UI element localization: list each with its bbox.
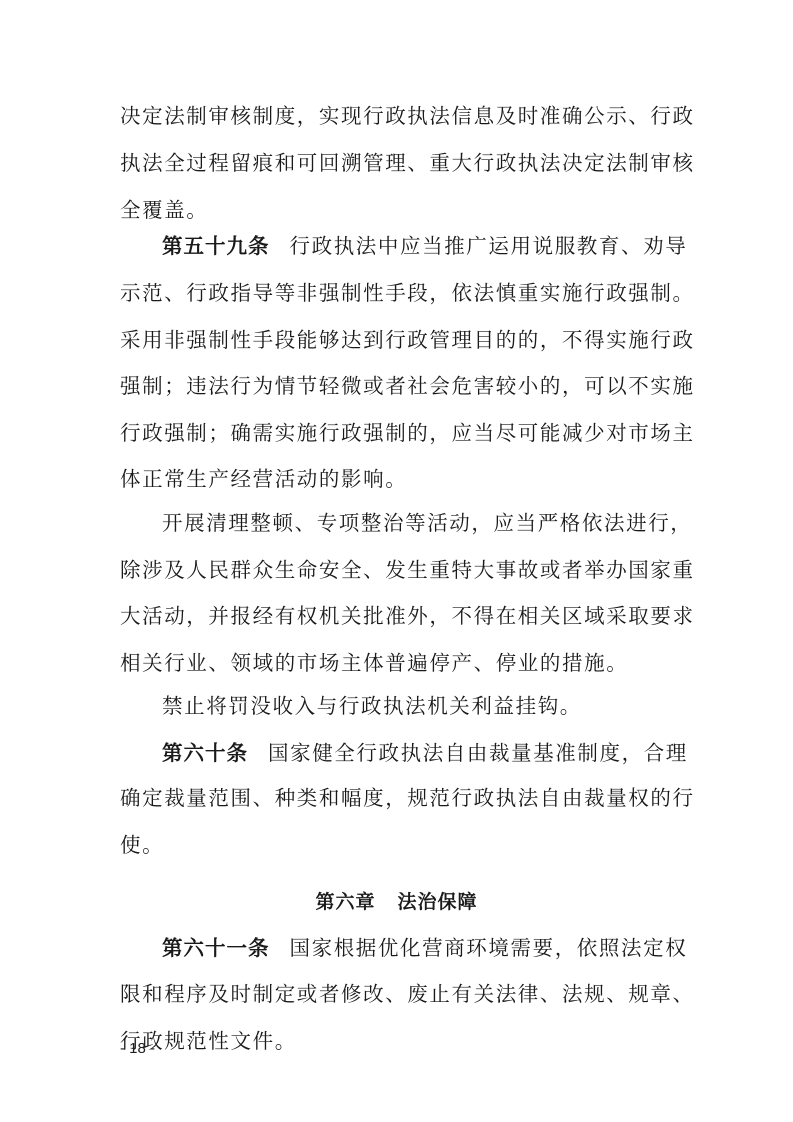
article-61-text: 国家根据优化营商环境需要，依照法定权: [290, 936, 688, 960]
article-60-label: 第六十条: [162, 741, 248, 765]
paragraph-line: 除涉及人民群众生命安全、发生重特大事故或者举办国家重: [120, 557, 680, 583]
article-60-text: 国家健全行政执法自由裁量基准制度，合理: [268, 741, 688, 765]
paragraph-line: 示范、行政指导等非强制性手段，依法慎重实施行政强制。: [120, 280, 680, 306]
paragraph-line: 采用非强制性手段能够达到行政管理目的的，不得实施行政: [120, 327, 680, 353]
paragraph-line: 强制；违法行为情节轻微或者社会危害较小的，可以不实施: [120, 373, 680, 399]
paragraph-line: 行政规范性文件。: [120, 1028, 680, 1054]
document-page: 决定法制审核制度，实现行政执法信息及时准确公示、行政 执法全过程留痕和可回溯管理…: [0, 0, 793, 1122]
article-59-label: 第五十九条: [162, 234, 270, 258]
article-60-first-line: 第六十条国家健全行政执法自由裁量基准制度，合理: [120, 740, 680, 766]
page-number: - 18 -: [120, 1040, 155, 1057]
article-61-label: 第六十一条: [162, 936, 270, 960]
paragraph-line: 大活动，并报经有权机关批准外，不得在相关区域采取要求: [120, 603, 680, 629]
paragraph-line: 全覆盖。: [120, 197, 680, 223]
article-61-first-line: 第六十一条国家根据优化营商环境需要，依照法定权: [120, 935, 680, 961]
article-59-text: 行政执法中应当推广运用说服教育、劝导: [290, 234, 688, 258]
chapter-heading: 第六章法治保障: [0, 889, 793, 915]
paragraph-first-line: 禁止将罚没收入与行政执法机关利益挂钩。: [120, 693, 680, 719]
paragraph-first-line: 开展清理整顿、专项整治等活动，应当严格依法进行，: [120, 510, 680, 536]
chapter-title: 法治保障: [398, 891, 478, 913]
paragraph-line: 决定法制审核制度，实现行政执法信息及时准确公示、行政: [120, 103, 680, 129]
article-59-first-line: 第五十九条行政执法中应当推广运用说服教育、劝导: [120, 233, 680, 259]
paragraph-line: 限和程序及时制定或者修改、废止有关法律、法规、规章、: [120, 981, 680, 1007]
paragraph-line: 执法全过程留痕和可回溯管理、重大行政执法决定法制审核: [120, 150, 680, 176]
paragraph-line: 体正常生产经营活动的影响。: [120, 466, 680, 492]
chapter-number: 第六章: [315, 891, 375, 913]
paragraph-line: 相关行业、领域的市场主体普遍停产、停业的措施。: [120, 650, 680, 676]
paragraph-line: 确定裁量范围、种类和幅度，规范行政执法自由裁量权的行: [120, 785, 680, 811]
paragraph-line: 行政强制；确需实施行政强制的，应当尽可能减少对市场主: [120, 420, 680, 446]
paragraph-line: 使。: [120, 832, 680, 858]
